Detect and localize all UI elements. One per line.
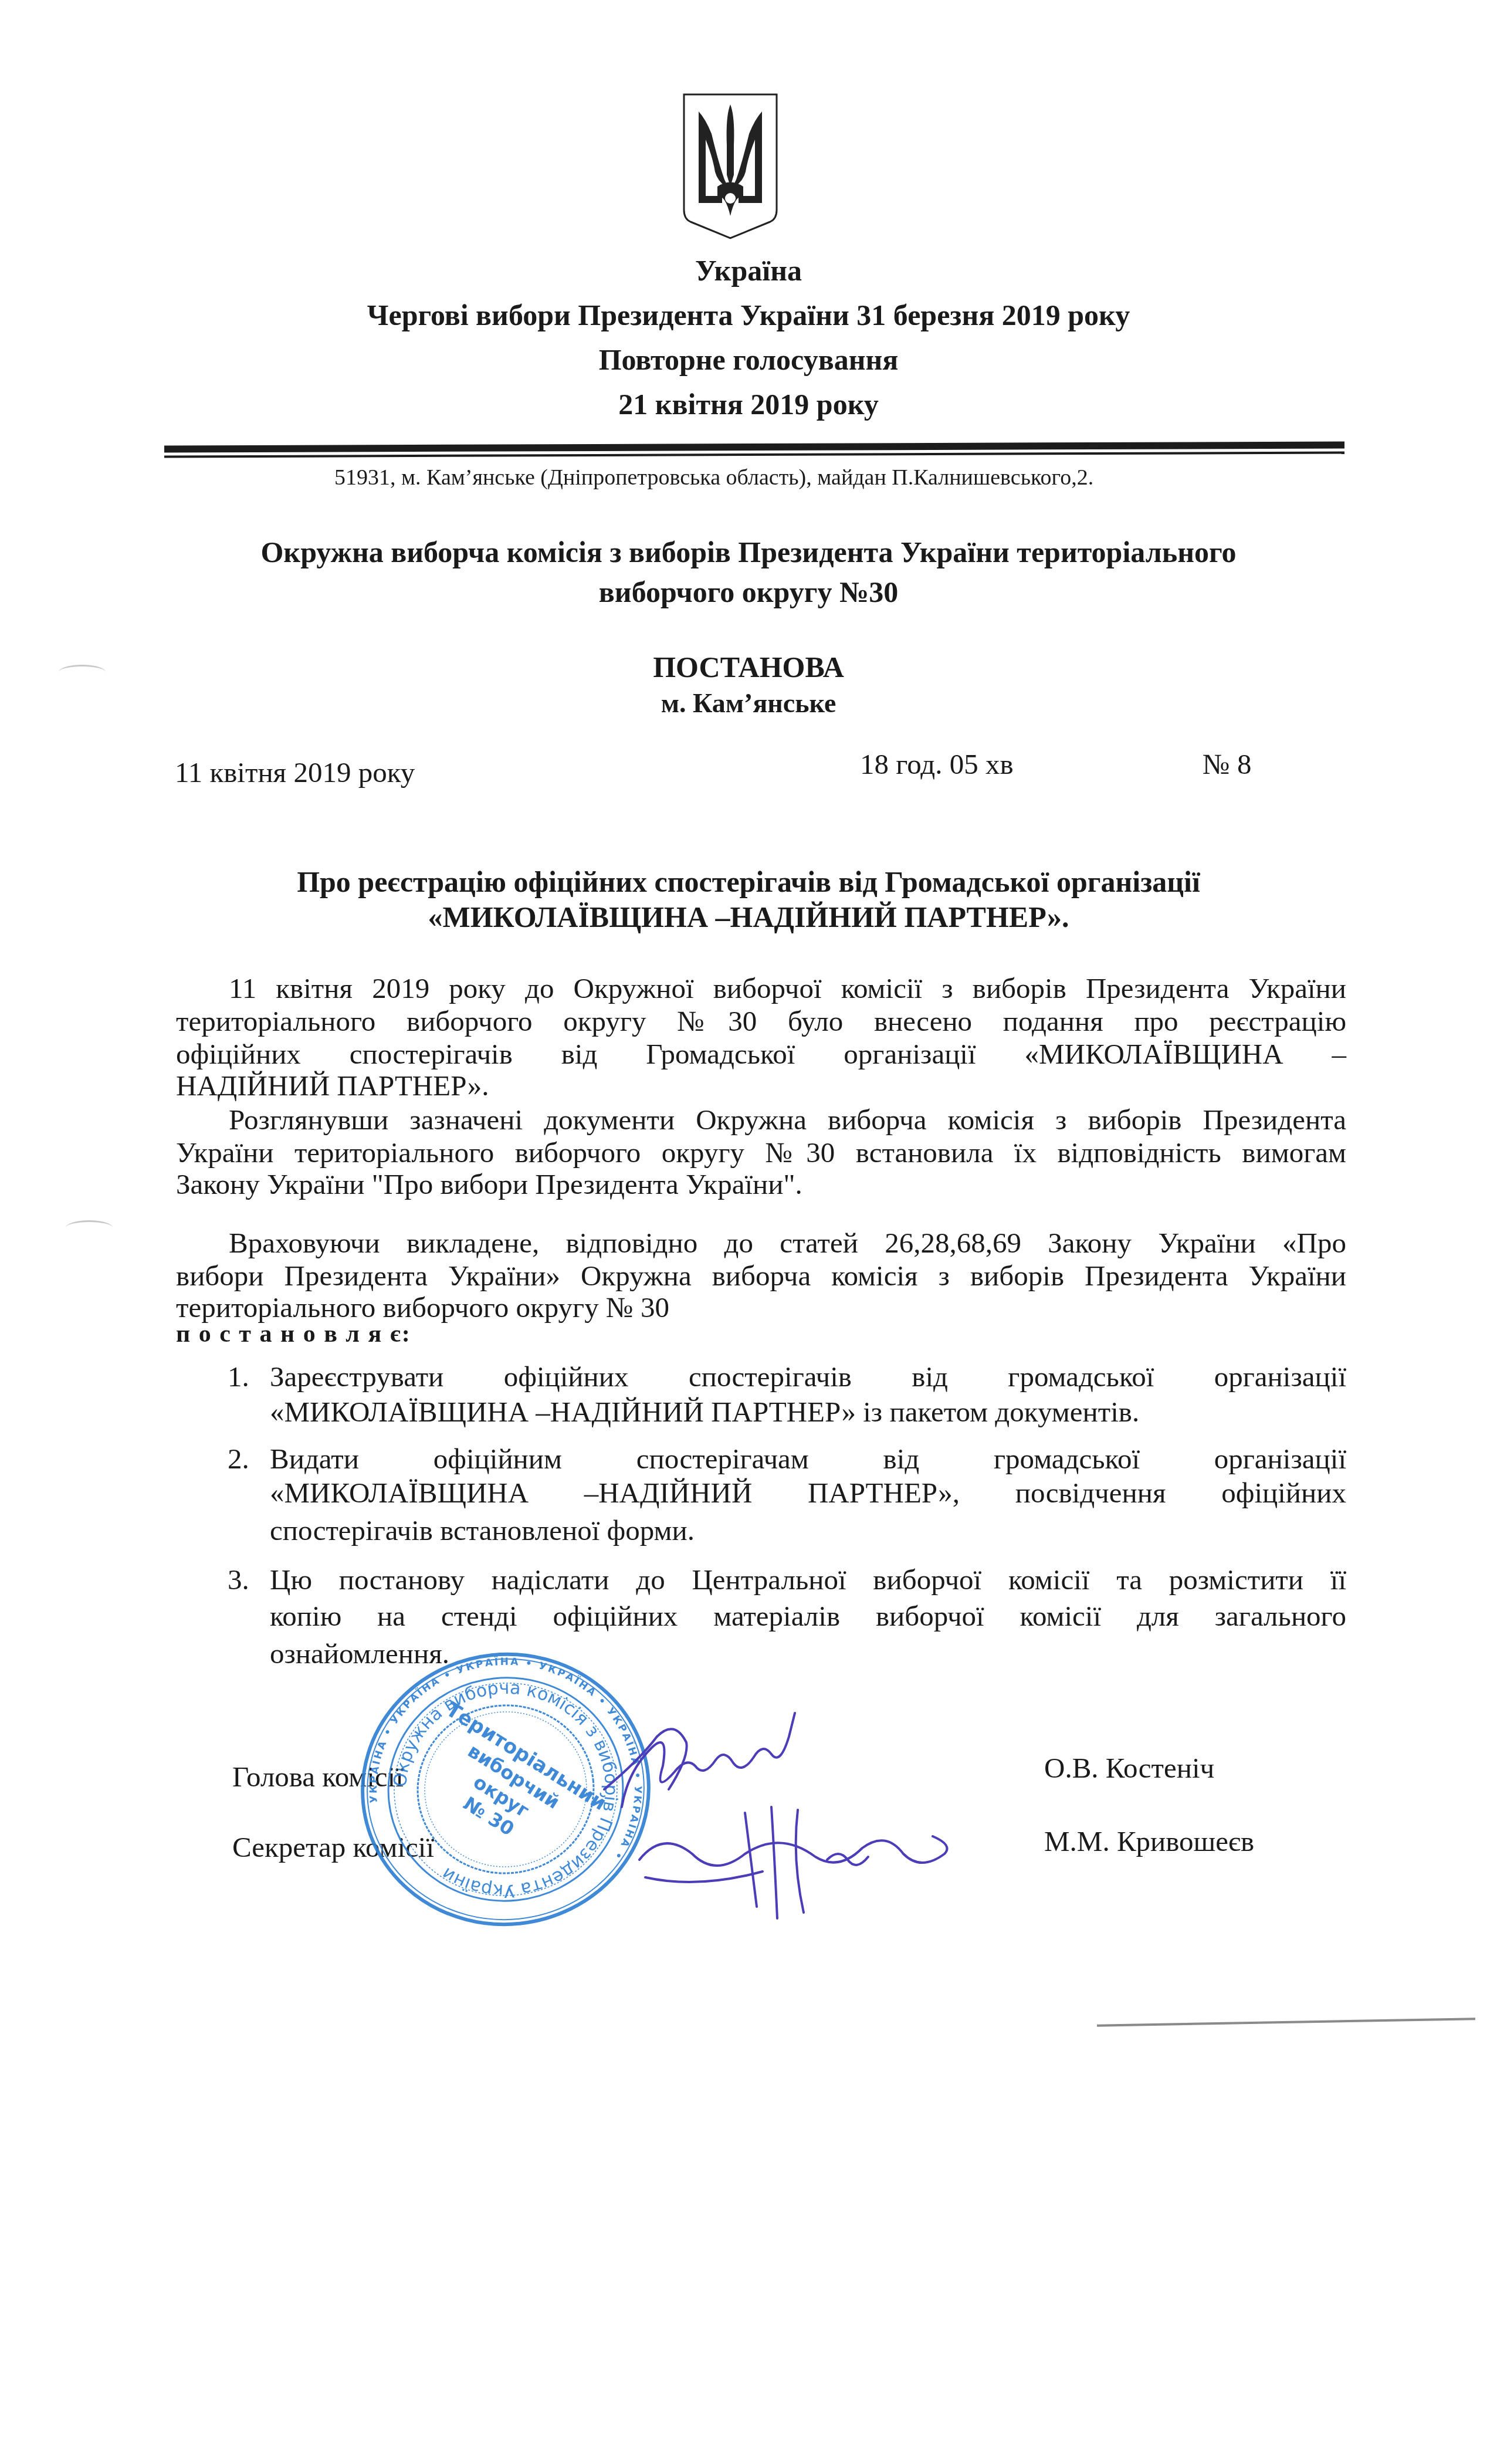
country-title: Україна [0, 253, 1497, 287]
document-time: 18 год. 05 хв [860, 747, 1014, 781]
document-number: № 8 [1203, 747, 1252, 781]
subject-line1: Про реєстрацію офіційних спостерігачів в… [0, 865, 1497, 899]
document-type: ПОСТАНОВА [0, 650, 1497, 684]
text-line: Зареєструвати офіційних спостерігачів ві… [270, 1360, 1346, 1393]
text-line: «МИКОЛАЇВЩИНА –НАДІЙНИЙ ПАРТНЕР», посвід… [270, 1476, 1346, 1509]
commission-title-line2: виборчого округу №30 [0, 575, 1497, 609]
text-line: вибори Президента України» Окружна вибор… [176, 1259, 1346, 1292]
resolves-heading: п о с т а н о в л я є: [176, 1320, 1349, 1348]
text-line: Закону України "Про вибори Президента Ук… [176, 1167, 1349, 1201]
document-date: 11 квітня 2019 року [175, 756, 415, 789]
address: 51931, м. Кам’янське (Дніпропетровська о… [334, 465, 1093, 490]
trident-coat-of-arms-icon [682, 93, 778, 241]
text-line: «МИКОЛАЇВЩИНА –НАДІЙНИЙ ПАРТНЕР» із паке… [270, 1395, 1443, 1429]
text-line: України територіального виборчого округу… [176, 1136, 1346, 1169]
text-line: територіального виборчого округу №30 бул… [176, 1004, 1346, 1038]
header-rule-thin [164, 451, 1344, 458]
punch-hole-mark [66, 1220, 113, 1235]
text-line: 11 квітня 2019 року до Окружної виборчої… [229, 972, 1346, 1005]
secretary-name: М.М. Кривошеєв [1044, 1825, 1254, 1858]
round-date: 21 квітня 2019 року [0, 387, 1497, 421]
text-line: Видати офіційним спостерігачам від грома… [270, 1442, 1346, 1475]
bottom-rule [1097, 2018, 1475, 2026]
text-line: територіального виборчого округу № 30 [176, 1291, 1349, 1324]
text-line: офіційних спостерігачів від Громадської … [176, 1037, 1346, 1071]
commission-title-line1: Окружна виборча комісія з виборів Презид… [0, 535, 1497, 569]
subject-line2: «МИКОЛАЇВЩИНА –НАДІЙНИЙ ПАРТНЕР». [0, 900, 1497, 934]
item-number: 2. [228, 1442, 249, 1475]
item-number: 3. [228, 1563, 249, 1596]
election-title: Чергові вибори Президента України 31 бер… [0, 298, 1497, 332]
text-line: НАДІЙНИЙ ПАРТНЕР». [176, 1069, 1349, 1102]
round-title: Повторне голосування [0, 343, 1497, 377]
head-name: О.В. Костеніч [1044, 1751, 1214, 1785]
text-line: Розглянувши зазначені документи Окружна … [229, 1103, 1346, 1136]
item-number: 1. [228, 1360, 249, 1393]
secretary-signature [628, 1789, 956, 1930]
text-line: Враховуючи викладене, відповідно до стат… [229, 1226, 1346, 1260]
header-rule-thick [164, 441, 1344, 452]
text-line: копію на стенді офіційних матеріалів виб… [270, 1599, 1346, 1633]
document-city: м. Кам’янське [0, 688, 1497, 719]
text-line: Цю постанову надіслати до Центральної ви… [270, 1563, 1346, 1596]
text-line: спостерігачів встановленої форми. [270, 1514, 1443, 1547]
